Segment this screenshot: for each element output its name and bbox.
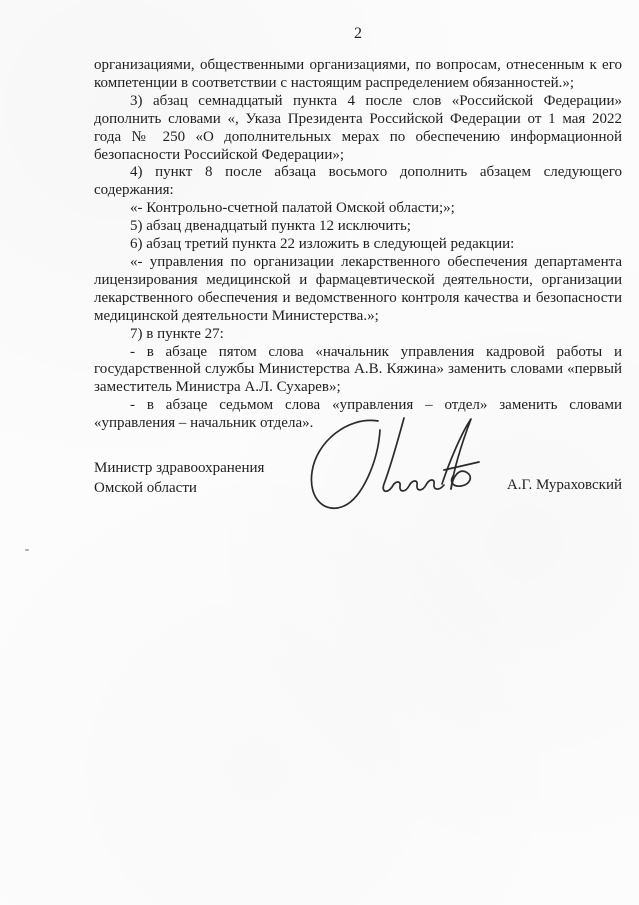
paragraph-quote-upravlenie: «- управления по организации лекарственн… (94, 254, 622, 326)
paragraph-continuation: организациями, общественными организация… (94, 57, 622, 93)
paragraph-subitem-5th-abzac: - в абзаце пятом слова «начальник управл… (94, 344, 622, 398)
paragraph-quote-palata: «- Контрольно-счетной палатой Омской обл… (94, 200, 622, 218)
paragraph-item-6: 6) абзац третий пункта 22 изложить в сле… (94, 236, 622, 254)
paragraph-item-4: 4) пункт 8 после абзаца восьмого дополни… (94, 164, 622, 200)
paragraph-item-5: 5) абзац двенадцатый пункта 12 исключить… (94, 218, 622, 236)
signer-name: А.Г. Мураховский (507, 476, 622, 495)
scan-speck (25, 549, 29, 551)
page-number: 2 (94, 24, 622, 43)
document-page: 2 организациями, общественными организац… (0, 0, 639, 905)
paragraph-item-7: 7) в пункте 27: (94, 326, 622, 344)
signer-title: Министр здравоохранения Омской области (94, 459, 264, 498)
signature-scribble (300, 412, 480, 524)
signer-title-line1: Министр здравоохранения (94, 459, 264, 479)
document-body: организациями, общественными организация… (94, 57, 622, 433)
signer-title-line2: Омской области (94, 479, 264, 499)
paragraph-item-3: 3) абзац семнадцатый пункта 4 после слов… (94, 93, 622, 165)
